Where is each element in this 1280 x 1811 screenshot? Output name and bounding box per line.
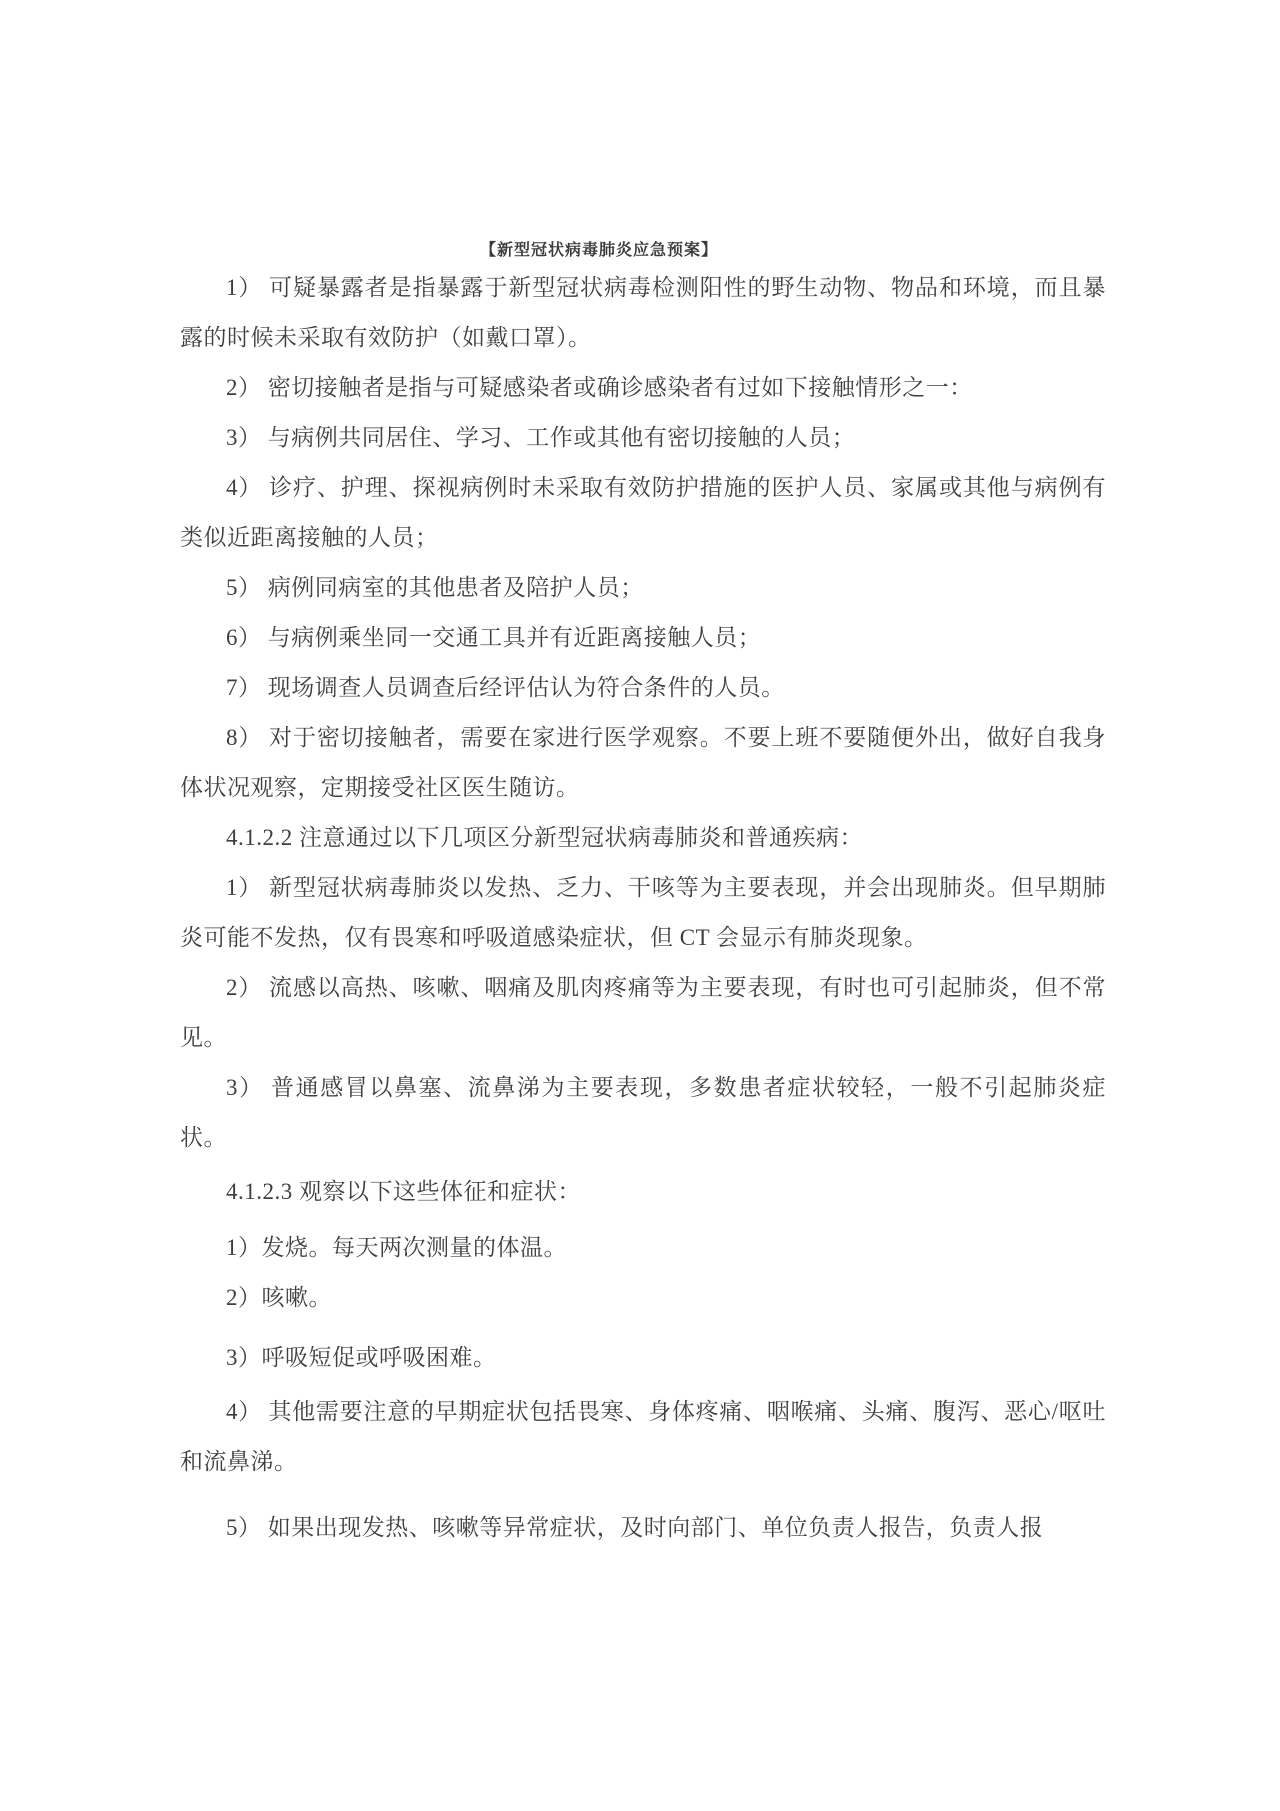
document-page: 【新型冠状病毒肺炎应急预案】 1） 可疑暴露者是指暴露于新型冠状病毒检测阳性的野… xyxy=(0,0,1280,1811)
section-heading-4-1-2-3: 4.1.2.3 观察以下这些体征和症状： xyxy=(180,1167,1106,1217)
paragraph-2: 2） 密切接触者是指与可疑感染者或确诊感染者有过如下接触情形之一： xyxy=(180,363,1106,413)
section-heading-4-1-2-2: 4.1.2.2 注意通过以下几项区分新型冠状病毒肺炎和普通疾病： xyxy=(180,813,1106,863)
paragraph-10: 1） 新型冠状病毒肺炎以发热、乏力、干咳等为主要表现，并会出现肺炎。但早期肺炎可… xyxy=(180,863,1106,963)
paragraph-4: 4） 诊疗、护理、探视病例时未采取有效防护措施的医护人员、家属或其他与病例有类似… xyxy=(180,463,1106,563)
symptom-item-5: 5） 如果出现发热、咳嗽等异常症状，及时向部门、单位负责人报告，负责人报 xyxy=(180,1503,1106,1553)
symptom-item-4: 4） 其他需要注意的早期症状包括畏寒、身体疼痛、咽喉痛、头痛、腹泻、恶心/呕吐和… xyxy=(180,1387,1106,1487)
paragraph-1: 1） 可疑暴露者是指暴露于新型冠状病毒检测阳性的野生动物、物品和环境，而且暴露的… xyxy=(180,263,1106,363)
symptom-item-3: 3）呼吸短促或呼吸困难。 xyxy=(180,1333,1106,1383)
symptom-item-1: 1）发烧。每天两次测量的体温。 xyxy=(180,1223,1106,1273)
symptom-item-2: 2）咳嗽。 xyxy=(180,1273,1106,1323)
paragraph-8: 8） 对于密切接触者，需要在家进行医学观察。不要上班不要随便外出，做好自我身体状… xyxy=(180,713,1106,813)
paragraph-11: 2） 流感以高热、咳嗽、咽痛及肌肉疼痛等为主要表现，有时也可引起肺炎，但不常见。 xyxy=(180,963,1106,1063)
document-text-block: 【新型冠状病毒肺炎应急预案】 1） 可疑暴露者是指暴露于新型冠状病毒检测阳性的野… xyxy=(180,0,1106,1553)
document-title: 【新型冠状病毒肺炎应急预案】 xyxy=(180,240,1106,262)
paragraph-12: 3） 普通感冒以鼻塞、流鼻涕为主要表现，多数患者症状较轻，一般不引起肺炎症状。 xyxy=(180,1063,1106,1163)
paragraph-7: 7） 现场调查人员调查后经评估认为符合条件的人员。 xyxy=(180,663,1106,713)
paragraph-6: 6） 与病例乘坐同一交通工具并有近距离接触人员； xyxy=(180,613,1106,663)
paragraph-5: 5） 病例同病室的其他患者及陪护人员； xyxy=(180,563,1106,613)
paragraph-3: 3） 与病例共同居住、学习、工作或其他有密切接触的人员； xyxy=(180,413,1106,463)
